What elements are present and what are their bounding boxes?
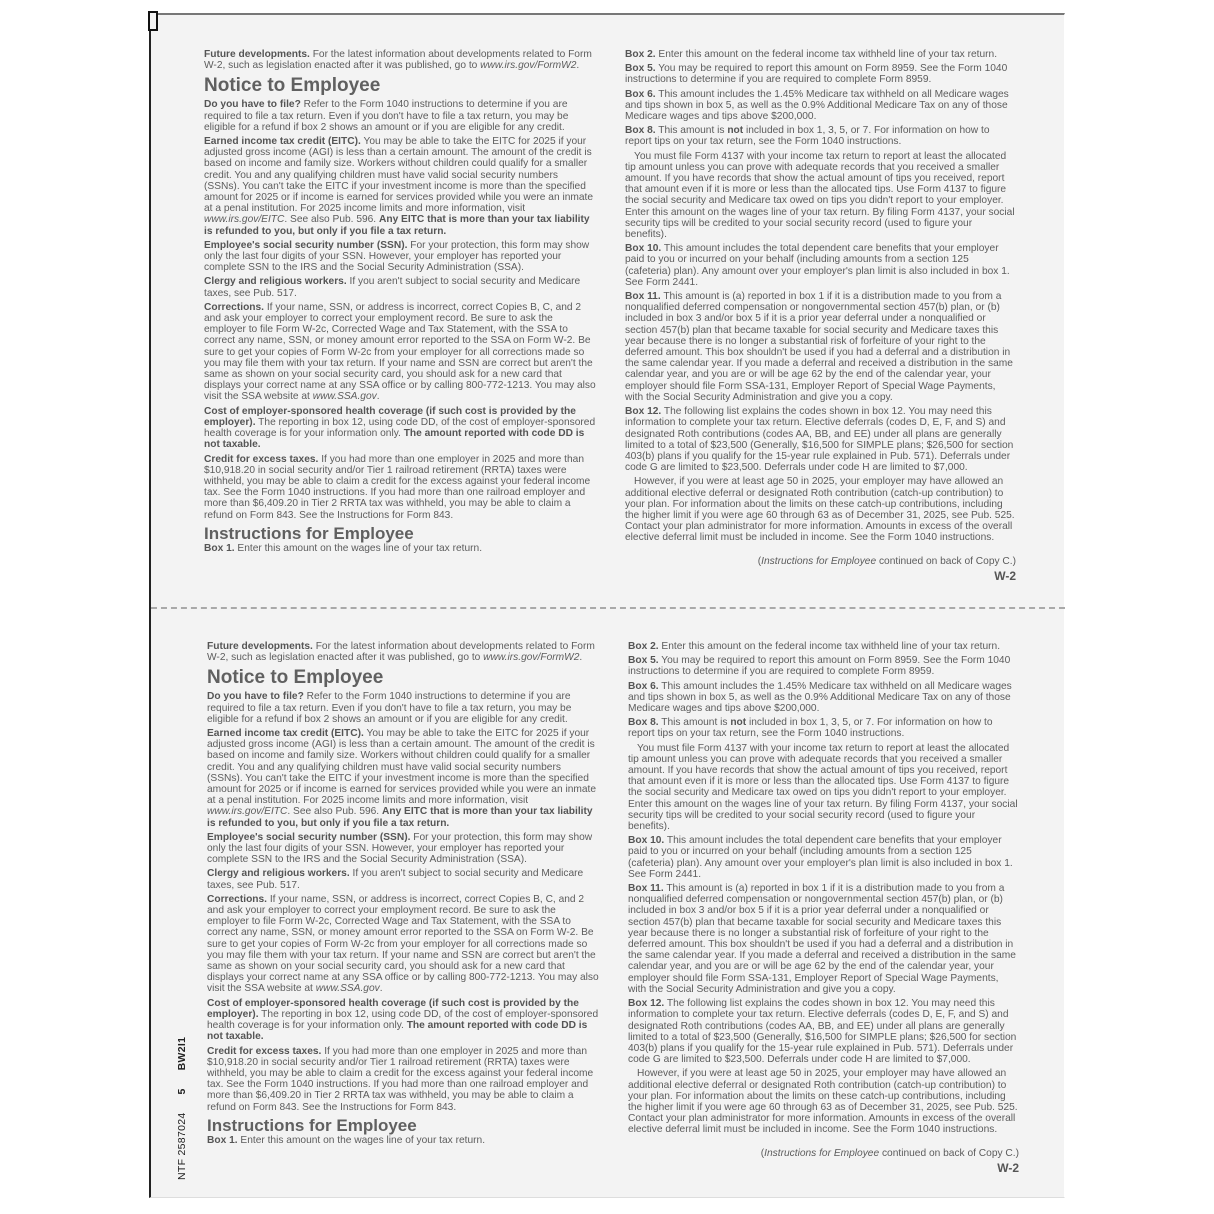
box12-section: Box 12. The following list explains the …: [628, 998, 1019, 1065]
left-column: Future developments. For the latest info…: [204, 49, 596, 557]
box8-form4137-paragraph: You must file Form 4137 with your income…: [628, 743, 1019, 833]
excess-taxes-section: Credit for excess taxes. If you had more…: [207, 1046, 599, 1113]
clergy-section: Clergy and religious workers. If you are…: [207, 868, 599, 890]
irs-eitc-link[interactable]: www.irs.gov/EITC: [207, 806, 287, 817]
ssn-section: Employee's social security number (SSN).…: [204, 240, 596, 274]
ntf-code: NTF 2587024: [176, 1112, 188, 1180]
box10-section: Box 10. This amount includes the total d…: [628, 835, 1019, 880]
registration-corner-mark: [148, 11, 158, 31]
health-coverage-section: Cost of employer-sponsored health covera…: [204, 406, 596, 451]
box1-section: Box 1. Enter this amount on the wages li…: [207, 1135, 599, 1146]
health-coverage-section: Cost of employer-sponsored health covera…: [207, 998, 599, 1043]
right-column: Box 2. Enter this amount on the federal …: [628, 641, 1019, 1174]
ssn-section: Employee's social security number (SSN).…: [207, 832, 599, 866]
box11-section: Box 11. This amount is (a) reported in b…: [628, 883, 1019, 995]
instructions-heading: Instructions for Employee: [207, 1116, 599, 1135]
box8-section: Box 8. This amount is not included in bo…: [625, 125, 1016, 147]
instructions-heading: Instructions for Employee: [204, 524, 596, 543]
box12-catchup-paragraph: However, if you were at least age 50 in …: [625, 476, 1016, 543]
box6-section: Box 6. This amount includes the 1.45% Me…: [625, 89, 1016, 123]
right-column: Box 2. Enter this amount on the federal …: [625, 49, 1016, 582]
box12-catchup-paragraph: However, if you were at least age 50 in …: [628, 1068, 1019, 1135]
copy-top: Future developments. For the latest info…: [151, 15, 1067, 607]
continued-note: (Instructions for Employee continued on …: [628, 1148, 1019, 1159]
w2-page: Future developments. For the latest info…: [149, 13, 1065, 1198]
left-column: Future developments. For the latest info…: [207, 641, 599, 1149]
box6-section: Box 6. This amount includes the 1.45% Me…: [628, 681, 1019, 715]
box8-form4137-paragraph: You must file Form 4137 with your income…: [625, 151, 1016, 241]
future-developments: Future developments. For the latest info…: [204, 49, 596, 71]
irs-formw2-link[interactable]: www.irs.gov/FormW2: [480, 60, 576, 71]
box11-section: Box 11. This amount is (a) reported in b…: [625, 291, 1016, 403]
box2-section: Box 2. Enter this amount on the federal …: [625, 49, 1016, 60]
corrections-section: Corrections. If your name, SSN, or addre…: [204, 302, 596, 403]
eitc-section: Earned income tax credit (EITC). You may…: [204, 136, 596, 237]
future-developments: Future developments. For the latest info…: [207, 641, 599, 663]
do-you-have-to-file: Do you have to file? Refer to the Form 1…: [207, 691, 599, 725]
form-id-label: W-2: [625, 571, 1016, 582]
do-you-have-to-file: Do you have to file? Refer to the Form 1…: [204, 99, 596, 133]
ssa-link[interactable]: www.SSA.gov: [316, 983, 380, 994]
side-product-label: NTF 25870245BW2I1: [176, 1019, 188, 1180]
continued-note: (Instructions for Employee continued on …: [625, 556, 1016, 567]
corrections-section: Corrections. If your name, SSN, or addre…: [207, 894, 599, 995]
ssa-link[interactable]: www.SSA.gov: [313, 391, 377, 402]
box8-section: Box 8. This amount is not included in bo…: [628, 717, 1019, 739]
box10-section: Box 10. This amount includes the total d…: [625, 243, 1016, 288]
product-code: BW2I1: [176, 1037, 188, 1071]
box5-section: Box 5. You may be required to report thi…: [628, 655, 1019, 677]
box1-section: Box 1. Enter this amount on the wages li…: [204, 543, 596, 554]
irs-eitc-link[interactable]: www.irs.gov/EITC: [204, 214, 284, 225]
notice-heading: Notice to Employee: [207, 667, 599, 689]
copy-number: 5: [176, 1088, 188, 1094]
eitc-section: Earned income tax credit (EITC). You may…: [207, 728, 599, 829]
box5-section: Box 5. You may be required to report thi…: [625, 63, 1016, 85]
irs-formw2-link[interactable]: www.irs.gov/FormW2: [483, 652, 579, 663]
excess-taxes-section: Credit for excess taxes. If you had more…: [204, 454, 596, 521]
clergy-section: Clergy and religious workers. If you are…: [204, 276, 596, 298]
box2-section: Box 2. Enter this amount on the federal …: [628, 641, 1019, 652]
notice-heading: Notice to Employee: [204, 75, 596, 97]
box12-section: Box 12. The following list explains the …: [625, 406, 1016, 473]
form-id-label: W-2: [628, 1163, 1019, 1174]
copy-bottom: Future developments. For the latest info…: [151, 609, 1067, 1199]
